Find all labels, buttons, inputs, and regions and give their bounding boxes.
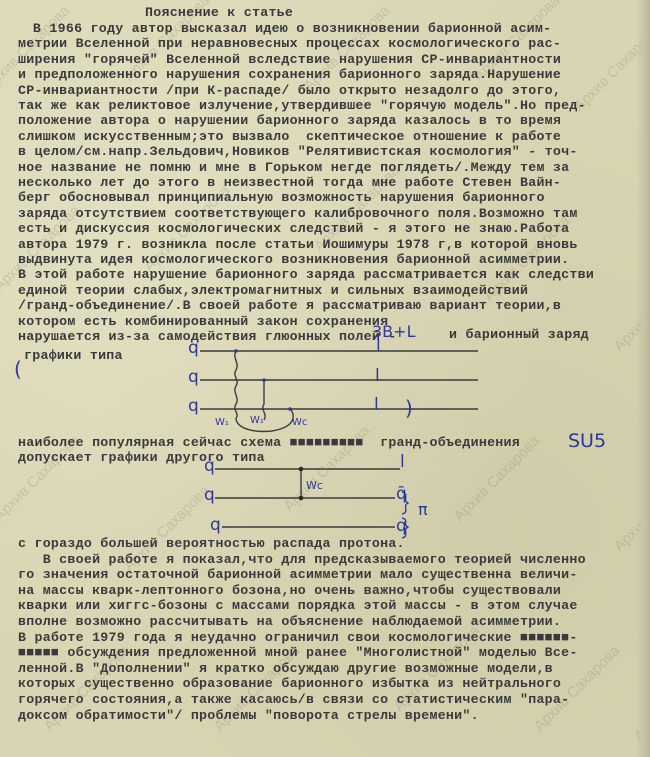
text-line: го значения остаточной барионной асиммет… xyxy=(18,566,578,583)
diagram2-quark-label-3: q xyxy=(210,515,221,535)
text-line: вполне возможно рассчитывать на объяснен… xyxy=(18,613,561,630)
diagram2-quark-label-1: q xyxy=(204,456,215,476)
text-line: доксом обратимости"/ проблемы "поворота … xyxy=(18,707,479,724)
text-line: В работе 1979 года я неудачно ограничил … xyxy=(18,629,578,646)
text-line: на массы кварк-лептонного бозона,но очен… xyxy=(18,582,561,599)
diagram2-meson-label: π xyxy=(418,500,428,519)
diagram2-quark-label-2: q xyxy=(204,485,215,505)
text-line: горячего состояния,а также касаюсь/в свя… xyxy=(18,691,569,708)
diagram2-right-label-1: l xyxy=(400,452,405,472)
text-line: с гораздо большей вероятностью распада п… xyxy=(18,535,405,552)
page-edge xyxy=(636,0,650,757)
text-line: ■■■■■ обсуждения предложенной мной ранее… xyxy=(18,644,578,661)
text-line: кварки или хиггс-бозоны с массами порядк… xyxy=(18,597,578,614)
text-line: ленной.В "Дополнении" я кратко обсуждаю … xyxy=(18,660,553,677)
text-line: которых существенно образование барионно… xyxy=(18,675,561,692)
text-line: В своей работе я показал,что для предска… xyxy=(18,551,586,568)
document-page: Архив СахароваАрхив СахароваАрхив Сахаро… xyxy=(0,0,650,757)
diagram2-right-label-3: q xyxy=(396,516,407,536)
diagram2-right-label-2: q̄ xyxy=(396,484,407,504)
diagram2-boson-label: Wc xyxy=(306,479,323,492)
